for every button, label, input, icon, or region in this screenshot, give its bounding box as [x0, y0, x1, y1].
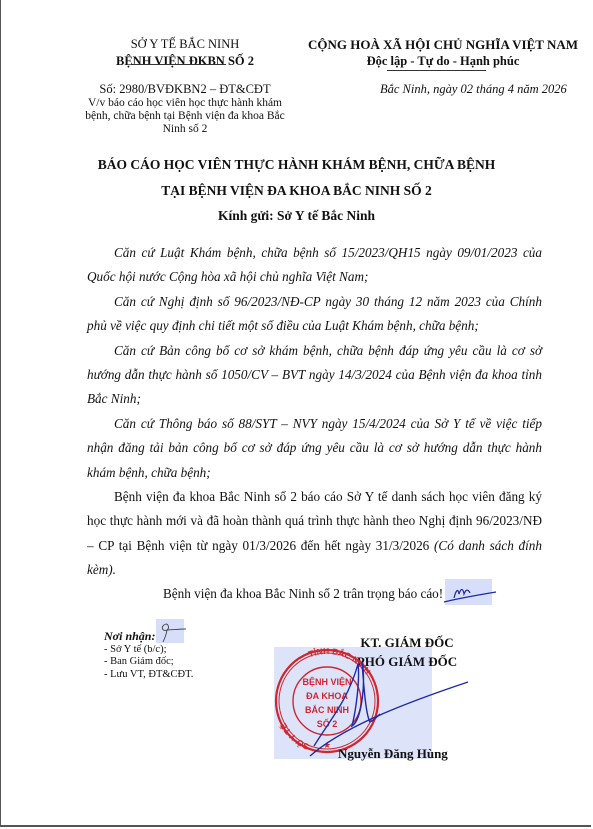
issuer-header: SỞ Y TẾ BẮC NINH BỆNH VIỆN ĐKBN SỐ 2: [85, 36, 285, 70]
legal-basis-3: Căn cứ Bản công bố cơ sở khám bệnh, chữa…: [87, 339, 542, 412]
recipient-initial-icon: [158, 620, 188, 644]
document-date: Bắc Ninh, ngày 02 tháng 4 năm 2026: [380, 82, 567, 97]
legal-basis-1: Căn cứ Luật Khám bệnh, chữa bệnh số 15/2…: [87, 241, 542, 290]
initial-signature-icon: [440, 580, 500, 608]
report-title-line2: TẠI BỆNH VIỆN ĐA KHOA BẮC NINH SỐ 2: [0, 183, 593, 199]
subject-line: V/v báo cáo học viên học thực hành khám: [85, 97, 285, 110]
national-motto: Độc lập - Tự do - Hạnh phúc: [298, 53, 588, 70]
subject-line: bệnh, chữa bệnh tại Bệnh viện đa khoa Bắ…: [85, 110, 285, 123]
handwritten-signature-icon: [300, 660, 470, 760]
national-header: CỘNG HOÀ XÃ HỘI CHỦ NGHĨA VIỆT NAM Độc l…: [298, 36, 588, 70]
recipient-item: - Lưu VT, ĐT&CĐT.: [104, 669, 193, 682]
report-statement: Bệnh viện đa khoa Bắc Ninh số 2 báo cáo …: [87, 485, 542, 583]
recipient-item: - Ban Giám đốc;: [104, 656, 193, 669]
issuer-underline: [132, 64, 226, 65]
issuer-org: SỞ Y TẾ BẮC NINH: [85, 36, 285, 53]
report-body: Căn cứ Luật Khám bệnh, chữa bệnh số 15/2…: [87, 241, 542, 583]
legal-basis-4: Căn cứ Thông báo số 88/SYT – NVY ngày 15…: [87, 412, 542, 485]
document-number: Số: 2980/BVĐKBN2 – ĐT&CĐT: [85, 82, 285, 96]
legal-basis-2: Căn cứ Nghị định số 96/2023/NĐ-CP ngày 3…: [87, 290, 542, 339]
document-subject: V/v báo cáo học viên học thực hành khám …: [85, 97, 285, 136]
issuer-hospital: BỆNH VIỆN ĐKBN SỐ 2: [85, 53, 285, 70]
country-name: CỘNG HOÀ XÃ HỘI CHỦ NGHĨA VIỆT NAM: [298, 36, 588, 53]
addressee: Kính gửi: Sở Y tế Bắc Ninh: [0, 208, 593, 224]
closing-line: Bệnh viện đa khoa Bắc Ninh số 2 trân trọ…: [163, 586, 443, 602]
recipient-item: - Sở Y tế (b/c);: [104, 644, 193, 657]
signer-name: Nguyễn Đăng Hùng: [338, 746, 448, 762]
document-reference: Số: 2980/BVĐKBN2 – ĐT&CĐT V/v báo cáo họ…: [85, 82, 285, 136]
report-title-line1: BÁO CÁO HỌC VIÊN THỰC HÀNH KHÁM BỆNH, CH…: [0, 157, 593, 173]
motto-underline: [387, 70, 486, 71]
subject-line: Ninh số 2: [85, 123, 285, 136]
